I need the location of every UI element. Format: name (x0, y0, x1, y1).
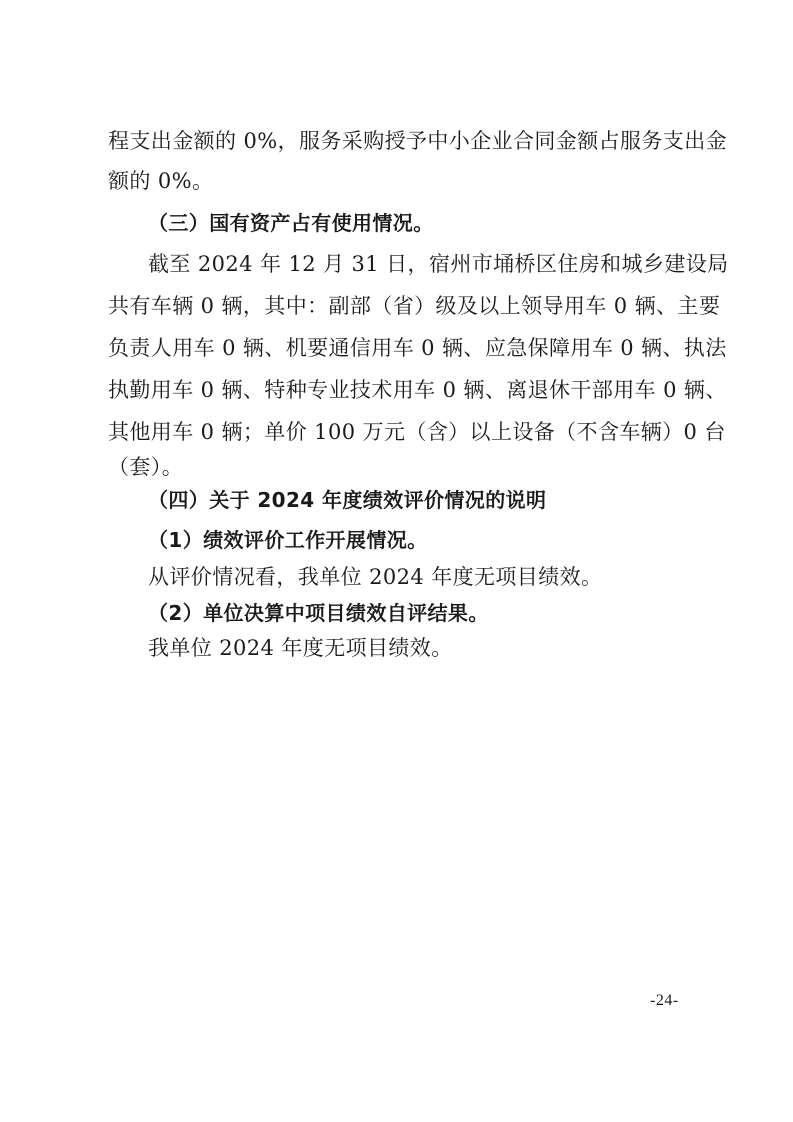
paragraph-line: 从评价情况看，我单位 2024 年度无项目绩效。 (148, 562, 688, 592)
paragraph-line: 程支出金额的 0%，服务采购授予中小企业合同金额占服务支出金 (108, 126, 688, 156)
paragraph-line: 负责人用车 0 辆、机要通信用车 0 辆、应急保障用车 0 辆、执法 (108, 333, 688, 363)
paragraph-line: 共有车辆 0 辆，其中：副部（省）级及以上领导用车 0 辆、主要 (108, 291, 688, 321)
paragraph-line: 我单位 2024 年度无项目绩效。 (148, 633, 688, 663)
paragraph-line: 其他用车 0 辆；单价 100 万元（含）以上设备（不含车辆）0 台 (108, 417, 688, 447)
paragraph-line: （套）。 (108, 452, 688, 482)
paragraph-line: 额的 0%。 (108, 166, 688, 196)
subheading-self-evaluation-results: （2）单位决算中项目绩效自评结果。 (148, 598, 688, 628)
document-page: 程支出金额的 0%，服务采购授予中小企业合同金额占服务支出金 额的 0%。 （三… (0, 0, 793, 1122)
paragraph-line: 截至 2024 年 12 月 31 日，宿州市埇桥区住房和城乡建设局 (148, 249, 688, 279)
section-heading-performance-evaluation: （四）关于 2024 年度绩效评价情况的说明 (148, 485, 688, 515)
subheading-evaluation-work: （1）绩效评价工作开展情况。 (148, 525, 688, 555)
paragraph-line: 执勤用车 0 辆、特种专业技术用车 0 辆、离退休干部用车 0 辆、 (108, 375, 688, 405)
page-number: -24- (650, 992, 679, 1010)
section-heading-state-assets: （三）国有资产占有使用情况。 (148, 208, 688, 238)
